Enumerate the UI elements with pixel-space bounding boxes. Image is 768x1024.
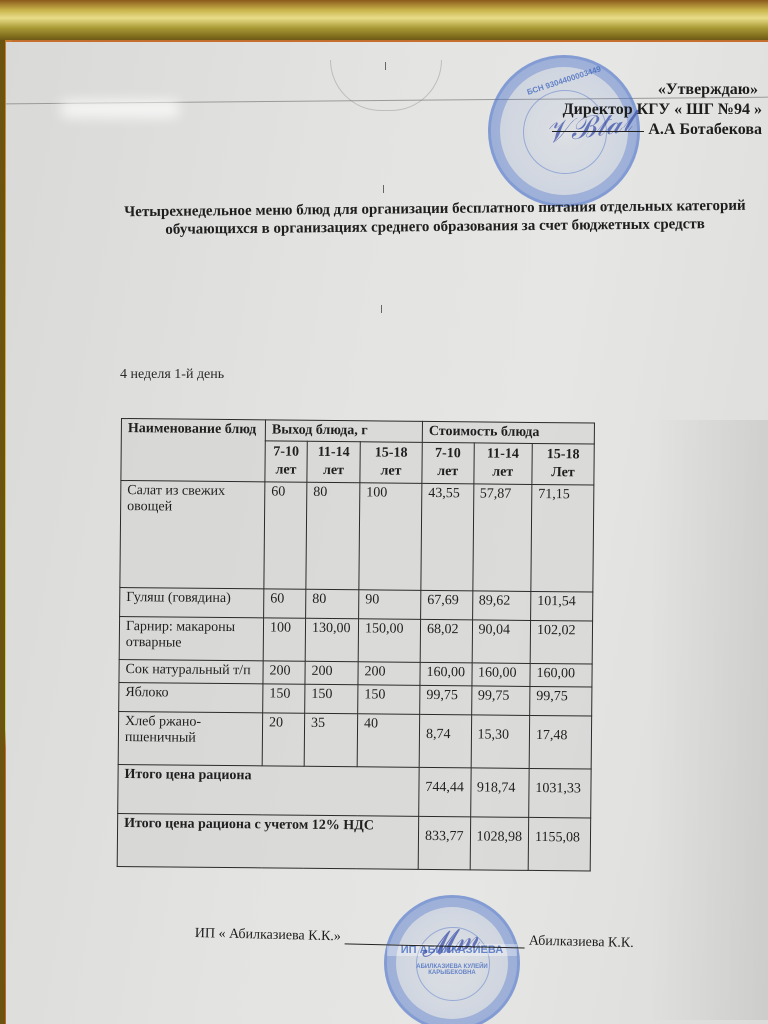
- document-title: Четырехнедельное меню блюд для организац…: [112, 197, 758, 240]
- cost-cell: 160,00: [471, 663, 530, 687]
- dish-name: Яблоко: [119, 682, 263, 712]
- yield-cell: 60: [264, 589, 306, 618]
- approver-name: А.А Ботабекова: [648, 121, 762, 138]
- dish-name: Гуляш (говядина): [120, 587, 264, 617]
- dish-name: Сок натуральный т/п: [119, 659, 263, 683]
- cost-cell: 15,30: [471, 715, 530, 769]
- approve-word: «Утверждаю»: [552, 80, 758, 100]
- signature-line: [552, 130, 644, 132]
- cost-cell: 99,75: [530, 686, 592, 716]
- total-vat-cost-cell: 833,77: [418, 816, 470, 869]
- table-row: Салат из свежих овощей 60 80 100 43,55 5…: [120, 481, 594, 593]
- menu-table-container: Наименование блюд Выход блюда, г Стоимос…: [117, 418, 595, 872]
- total-label: Итого цена рациона: [118, 764, 419, 816]
- yield-cell: 200: [263, 661, 305, 684]
- yield-cell: 80: [306, 589, 359, 619]
- supplier-signatory: Абилказиева К.К.: [529, 934, 634, 951]
- table-row: Гуляш (говядина) 60 80 90 67,69 89,62 10…: [120, 587, 593, 621]
- yield-cell: 150,00: [358, 619, 420, 663]
- cost-cell: 160,00: [420, 662, 472, 685]
- age-header: 7-10лет: [265, 441, 307, 482]
- total-cost-cell: 918,74: [470, 768, 529, 818]
- yield-cell: 200: [305, 661, 358, 685]
- cost-cell: 71,15: [531, 484, 594, 592]
- header-yield: Выход блюда, г: [265, 420, 422, 443]
- hole-mark: [383, 185, 384, 193]
- yield-cell: 100: [359, 483, 422, 591]
- supplier-name: ИП « Абилказиева К.К.»: [195, 926, 341, 944]
- cost-cell: 89,62: [472, 591, 531, 621]
- cost-cell: 43,55: [421, 483, 474, 590]
- total-cost-cell: 744,44: [419, 767, 471, 816]
- cost-cell: 99,75: [471, 686, 530, 716]
- yield-cell: 90: [359, 590, 421, 620]
- menu-day-label: 4 неделя 1-й день: [120, 367, 224, 383]
- cost-cell: 90,04: [472, 620, 531, 664]
- yield-cell: 100: [263, 618, 305, 661]
- frame-top-rail: [0, 0, 768, 40]
- menu-table: Наименование блюд Выход блюда, г Стоимос…: [117, 418, 595, 872]
- hole-mark: [385, 62, 386, 70]
- hole-mark: [381, 305, 382, 313]
- stamp-owner-text: АБИЛКАЗИЕВА КУЛЕЙИ КАРЫБЕКОВНА: [387, 964, 517, 976]
- cost-cell: 57,87: [472, 484, 532, 592]
- total-vat-cost-cell: 1155,08: [528, 817, 591, 871]
- yield-cell: 130,00: [305, 618, 358, 662]
- approval-block: «Утверждаю» Директор КГУ « ШГ №94 » А.А …: [552, 80, 762, 140]
- cost-cell: 101,54: [531, 591, 593, 621]
- yield-cell: 150: [263, 684, 305, 713]
- dish-name: Хлеб ржано-пшеничный: [118, 711, 263, 765]
- age-header: 7-10лет: [422, 442, 474, 483]
- age-header: 11-14лет: [473, 443, 532, 485]
- yield-cell: 40: [357, 714, 420, 768]
- yield-cell: 80: [306, 482, 360, 590]
- total-cost-cell: 1031,33: [529, 768, 591, 818]
- table-row: Хлеб ржано-пшеничный 20 35 40 8,74 15,30…: [118, 711, 591, 769]
- total-vat-label: Итого цена рациона с учетом 12% НДС: [117, 813, 418, 869]
- age-header: 11-14лет: [307, 441, 360, 483]
- yield-cell: 150: [358, 685, 420, 715]
- approver-position: Директор КГУ « ШГ №94 »: [552, 100, 762, 120]
- yield-cell: 20: [262, 713, 305, 766]
- table-header-row: Наименование блюд Выход блюда, г Стоимос…: [121, 419, 594, 445]
- total-vat-cost-cell: 1028,98: [470, 817, 529, 871]
- header-cost: Стоимость блюда: [422, 421, 594, 444]
- dish-name: Салат из свежих овощей: [120, 481, 265, 589]
- age-header: 15-18лет: [360, 442, 422, 484]
- cost-cell: 8,74: [419, 714, 471, 767]
- total-vat-row: Итого цена рациона с учетом 12% НДС 833,…: [117, 813, 590, 871]
- cost-cell: 160,00: [530, 663, 592, 687]
- dish-name: Гарнир: макароны отварные: [119, 616, 263, 660]
- table-row: Гарнир: макароны отварные 100 130,00 150…: [119, 616, 592, 664]
- header-dish-name: Наименование блюд: [121, 419, 266, 482]
- total-row: Итого цена рациона 744,44 918,74 1031,33: [118, 764, 591, 818]
- cost-cell: 102,02: [530, 620, 592, 664]
- cost-cell: 99,75: [420, 685, 472, 714]
- cost-cell: 68,02: [420, 619, 472, 662]
- age-header: 15-18Лет: [532, 443, 594, 485]
- yield-cell: 60: [264, 482, 307, 589]
- yield-cell: 35: [304, 713, 358, 767]
- table-row: Яблоко 150 150 150 99,75 99,75 99,75: [119, 682, 592, 716]
- sleeve-glare: [60, 100, 180, 118]
- yield-cell: 200: [358, 662, 420, 686]
- cost-cell: 67,69: [421, 590, 473, 619]
- cost-cell: 17,48: [529, 715, 592, 769]
- yield-cell: 150: [305, 684, 358, 714]
- frame-left-shadow: [0, 40, 5, 1024]
